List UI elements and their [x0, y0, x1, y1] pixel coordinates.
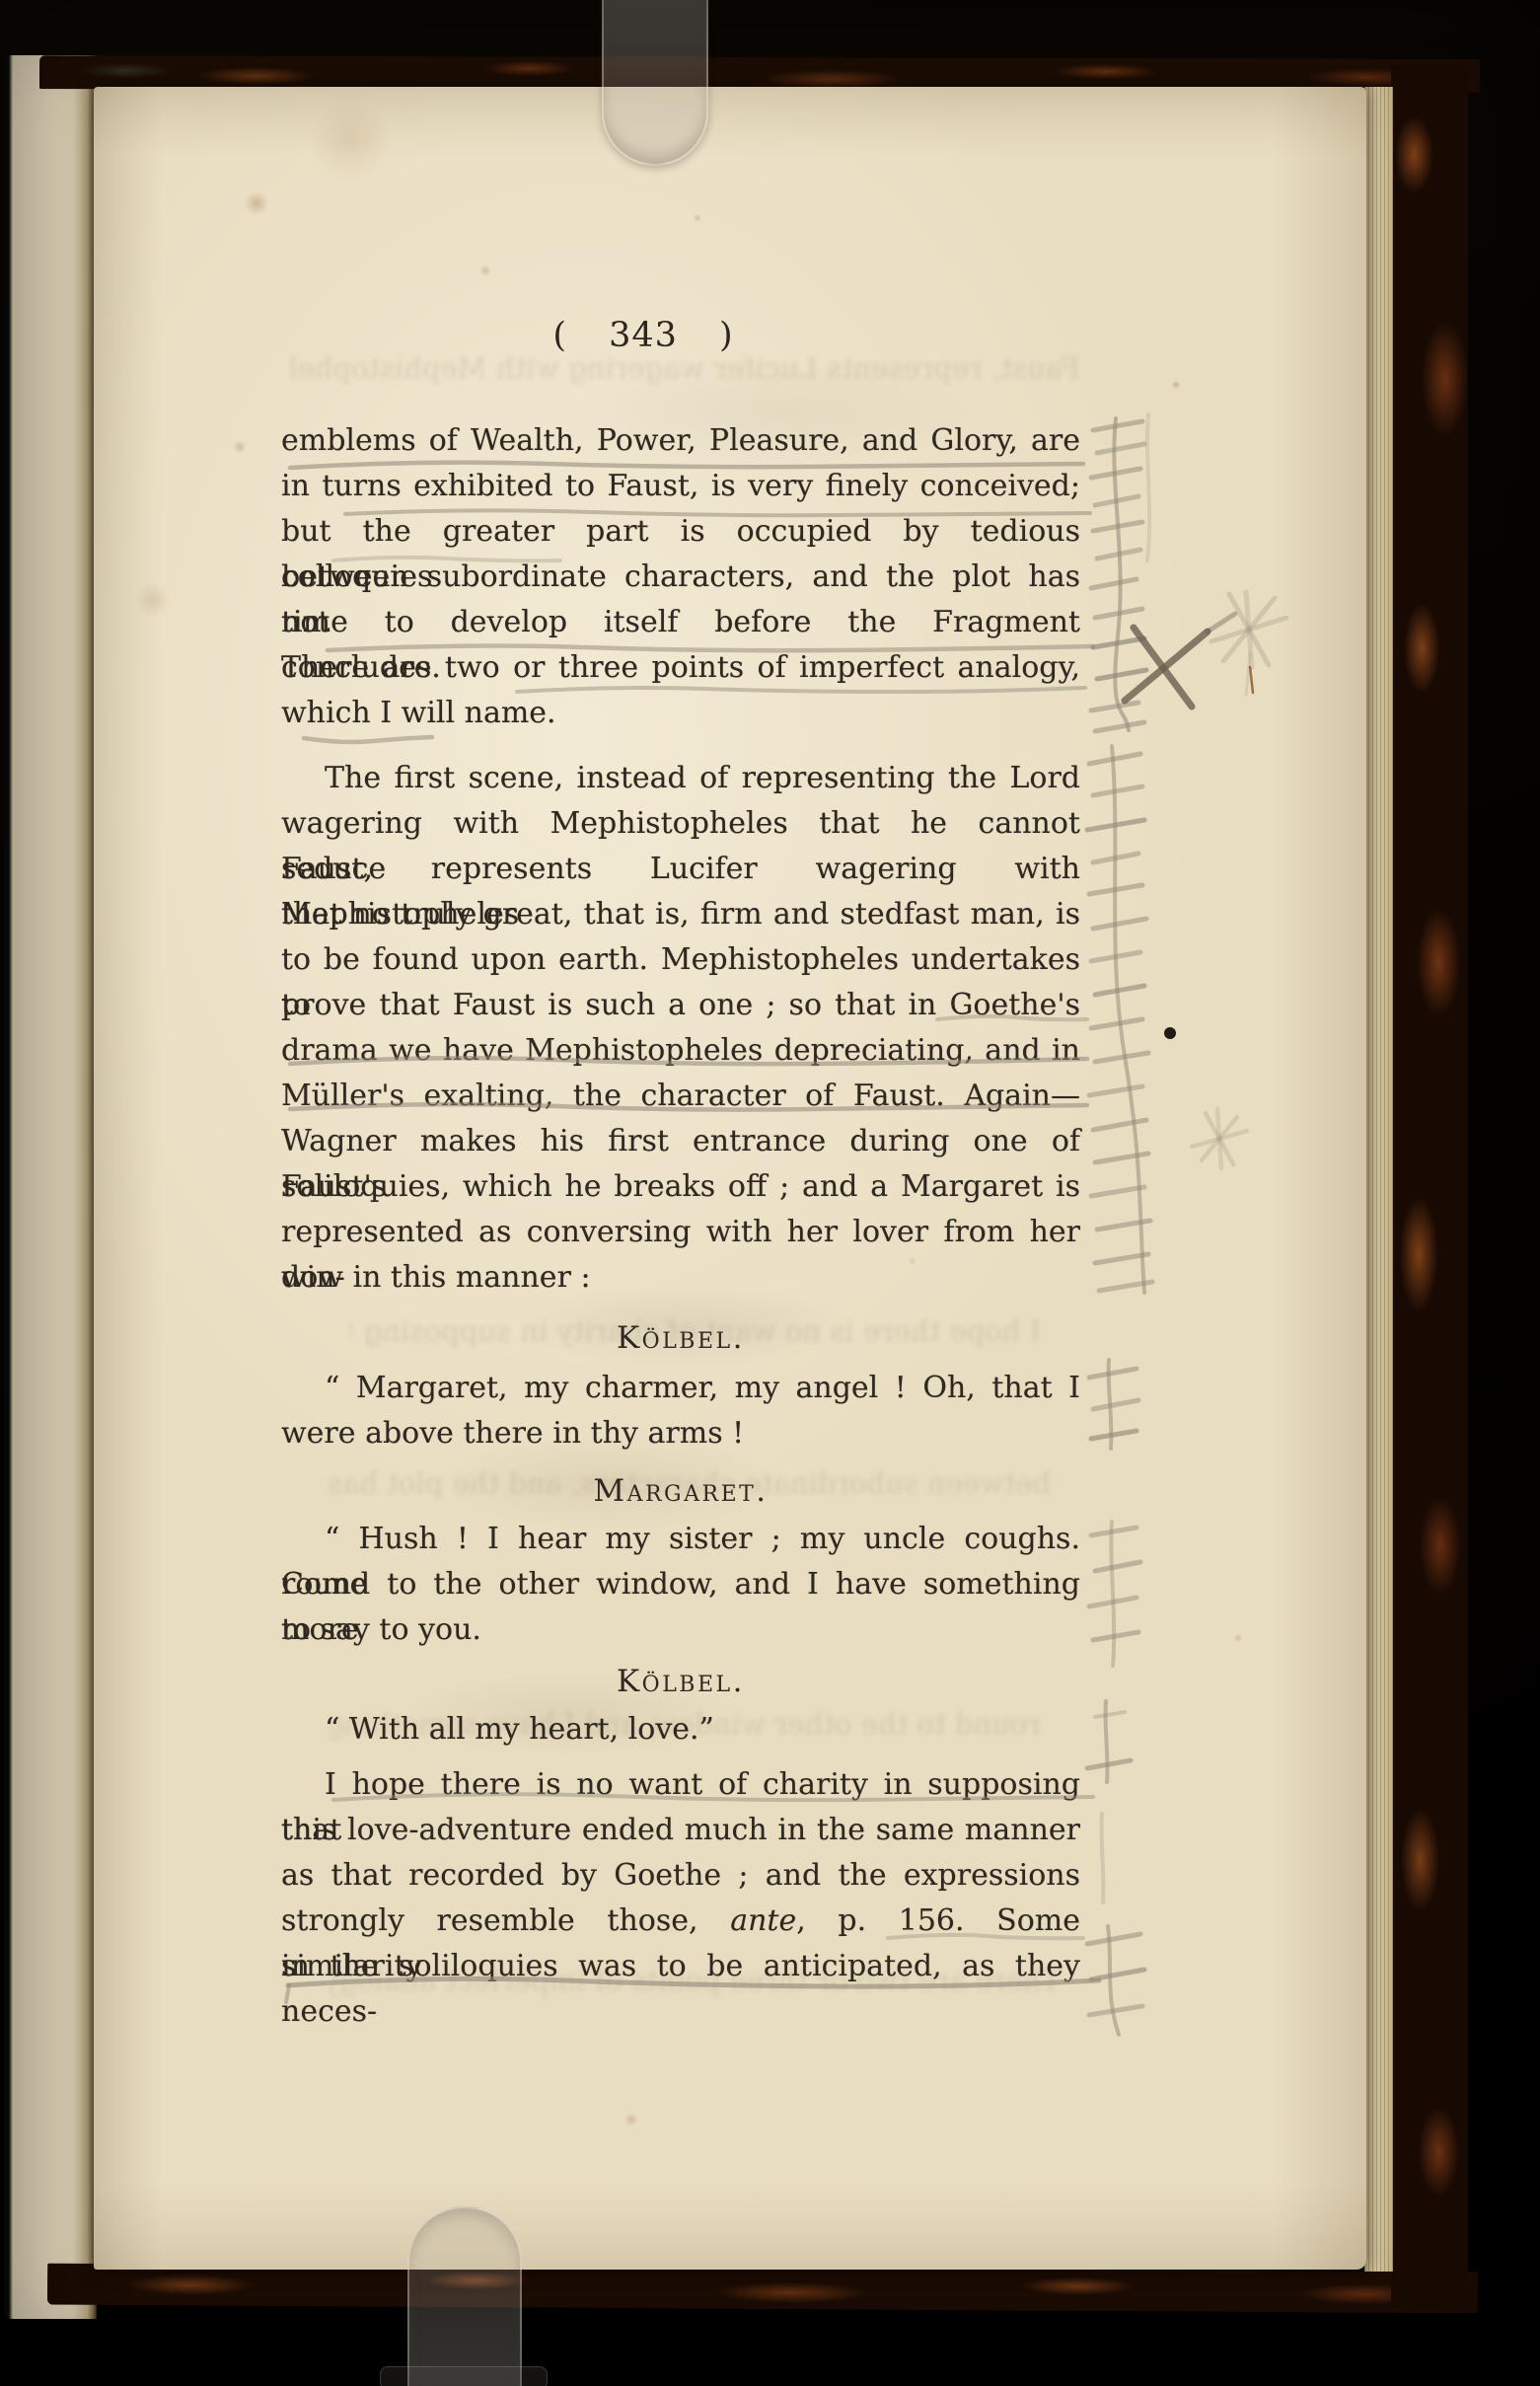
marbled-cover-fore-edge	[1391, 65, 1468, 2309]
speaker-heading-kolbel-2: Kölbel.	[281, 1662, 1080, 1701]
dialogue-margaret: “ Hush ! I hear my sister ; my uncle cou…	[281, 1517, 1080, 1653]
text-segment: strongly resemble those,	[281, 1903, 730, 1938]
dialogue-line: round to the other window, and I have so…	[281, 1562, 1080, 1607]
text-line: in the soliloquies was to be anticipated…	[281, 1944, 1080, 1989]
text-line: Wagner makes his first entrance during o…	[281, 1119, 1080, 1164]
text-line: There are two or three points of imperfe…	[281, 645, 1080, 691]
text-line: between subordinate characters, and the …	[281, 555, 1080, 600]
marbled-cover-bottom-edge	[47, 2264, 1478, 2314]
book-photograph: Faust, represents Lucifer wagering with …	[0, 0, 1540, 2386]
text-line: emblems of Wealth, Power, Pleasure, and …	[281, 418, 1080, 464]
page-holder-clip-bottom	[407, 2206, 522, 2386]
page-block-edges	[1364, 87, 1393, 2272]
paragraph-3: I hope there is no want of charity in su…	[281, 1762, 1080, 1989]
speaker-heading-kolbel: Kölbel.	[281, 1318, 1080, 1358]
text-line: as that recorded by Goethe ; and the exp…	[281, 1853, 1080, 1899]
text-line-with-italic: strongly resemble those, ante, p. 156. S…	[281, 1899, 1080, 1944]
text-line: represented as conversing with her lover…	[281, 1210, 1080, 1255]
book-page: Faust, represents Lucifer wagering with …	[94, 87, 1366, 2270]
page-holder-clip-top	[602, 0, 708, 166]
text-line: I hope there is no want of charity in su…	[281, 1762, 1080, 1808]
page-holder-clip-base	[380, 2366, 548, 2386]
paragraph-1: emblems of Wealth, Power, Pleasure, and …	[281, 418, 1080, 736]
text-line: Faust, represents Lucifer wagering with …	[281, 847, 1080, 892]
text-line: that no truly great, that is, firm and s…	[281, 892, 1080, 937]
text-line: which I will name.	[281, 691, 1080, 736]
page-number: ( 343 )	[281, 316, 1005, 355]
text-line: dow in this manner :	[281, 1255, 1080, 1301]
text-line: to be found upon earth. Mephistopheles u…	[281, 937, 1080, 983]
italic-word-ante: ante	[730, 1903, 796, 1938]
dialogue-line: “ With all my heart, love.”	[281, 1707, 1080, 1752]
dialogue-line: “ Margaret, my charmer, my angel ! Oh, t…	[281, 1366, 1080, 1411]
speaker-heading-margaret: Margaret.	[281, 1471, 1080, 1511]
dialogue-kolbel-2: “ With all my heart, love.”	[281, 1707, 1080, 1752]
text-line: wagering with Mephistopheles that he can…	[281, 801, 1080, 847]
text-line: this love-adventure ended much in the sa…	[281, 1808, 1080, 1853]
text-line: but the greater part is occupied by tedi…	[281, 509, 1080, 555]
paragraph-2: The first scene, instead of representing…	[281, 756, 1080, 1301]
text-line: drama we have Mephistopheles depreciatin…	[281, 1028, 1080, 1074]
dialogue-line: “ Hush ! I hear my sister ; my uncle cou…	[281, 1517, 1080, 1562]
text-line: in turns exhibited to Faust, is very fin…	[281, 464, 1080, 509]
text-line: soliloquies, which he breaks off ; and a…	[281, 1164, 1080, 1210]
book-gutter-page-edges	[4, 55, 97, 2319]
text-line: The first scene, instead of representing…	[281, 756, 1080, 801]
text-line: time to develop itself before the Fragme…	[281, 600, 1080, 645]
text-line: Müller's exalting, the character of Faus…	[281, 1074, 1080, 1119]
dialogue-kolbel-1: “ Margaret, my charmer, my angel ! Oh, t…	[281, 1366, 1080, 1456]
text-line: prove that Faust is such a one ; so that…	[281, 983, 1080, 1028]
dialogue-line: to say to you.	[281, 1607, 1080, 1653]
dialogue-line: were above there in thy arms !	[281, 1411, 1080, 1456]
